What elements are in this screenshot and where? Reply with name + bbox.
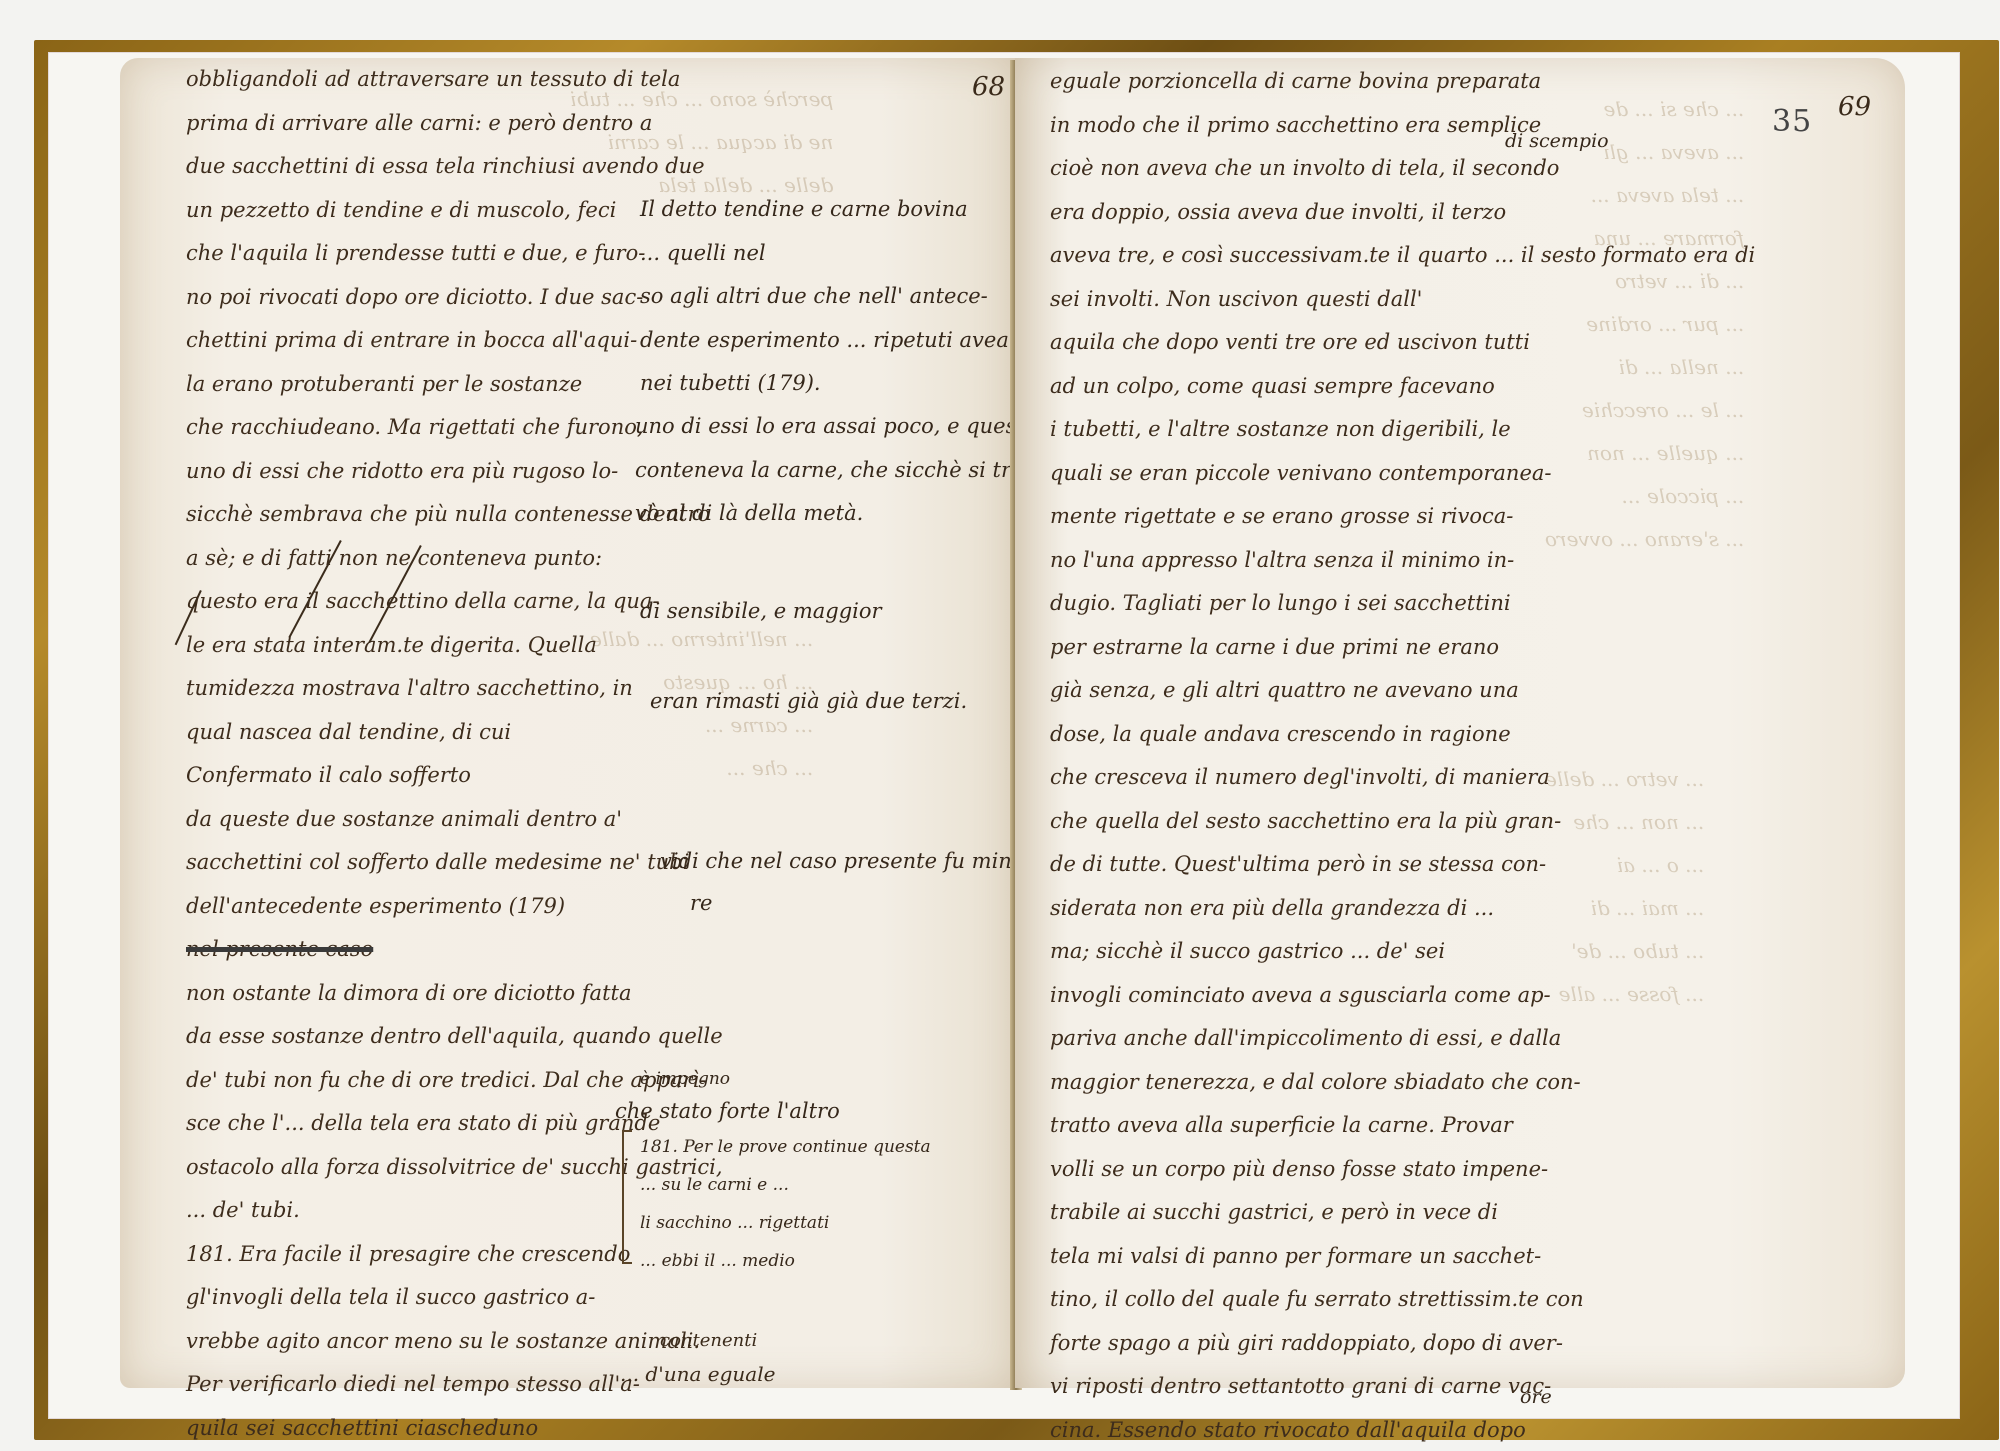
text-line: quali se eran piccole venivano contempor… — [1050, 452, 1755, 496]
text-line: siderata non era più della grandezza di … — [1050, 887, 1755, 931]
text-line: sei involti. Non uscivon questi dall' — [1050, 278, 1755, 322]
addition-line: nei tubetti (179). — [640, 362, 1009, 406]
text-line: aquila che dopo venti tre ore ed uscivon… — [1050, 321, 1755, 365]
text-line: maggior tenerezza, e dal colore sbiadato… — [1050, 1061, 1755, 1105]
text-line: mente rigettate e se erano grosse si riv… — [1050, 495, 1755, 539]
text-line: ad un colpo, come quasi sempre facevano — [1050, 365, 1755, 409]
text-line: tratto aveva alla superficie la carne. P… — [1050, 1104, 1755, 1148]
text-line: vi riposti dentro settantotto grani di c… — [1050, 1365, 1755, 1409]
addition-line: eran rimasti già già due terzi. — [650, 680, 967, 724]
note-line: ... su le carni e ... — [640, 1166, 931, 1204]
note-line: 181. Per le prove continue questa — [640, 1128, 931, 1166]
addition-line: di sensibile, e maggior — [640, 590, 882, 634]
text-line: invogli cominciato aveva a sgusciarla co… — [1050, 974, 1755, 1018]
text-line: ma; sicchè il succo gastrico ... de' sei — [1050, 930, 1755, 974]
bracketed-note: 181. Per le prove continue questa ... su… — [640, 1128, 931, 1280]
text-line: a sè; e di fatti non ne conteneva punto: — [186, 537, 723, 581]
text-line: che cresceva il numero degl'involti, di … — [1050, 756, 1755, 800]
text-line: quila sei sacchettini ciascheduno — [186, 1407, 723, 1451]
addition-line: che stato forte l'altro — [615, 1090, 840, 1134]
text-line: dell'antecedente esperimento (179) — [186, 885, 723, 929]
text-line: cina. Essendo stato rivocato dall'aquila… — [1050, 1409, 1755, 1451]
text-line: due sacchettini di essa tela rinchiusi a… — [186, 145, 723, 189]
left-additions-2: uno di essi lo era assai poco, e questo … — [635, 405, 1037, 536]
text-line: no l'una appresso l'altra senza il minim… — [1050, 539, 1755, 583]
text-line: dugio. Tagliati per lo lungo i sei sacch… — [1050, 582, 1755, 626]
addition-line: dente esperimento ... ripetuti avea — [640, 319, 1009, 363]
text-line: eguale porzioncella di carne bovina prep… — [1050, 60, 1755, 104]
note-line: ... ebbi il ... medio — [640, 1242, 931, 1280]
left-additions: Il detto tendine e carne bovina ... quel… — [640, 188, 1009, 406]
text-line: era doppio, ossia aveva due involti, il … — [1050, 191, 1755, 235]
text-line: Confermato il calo sofferto — [186, 754, 723, 798]
text-line: tino, il collo del quale fu serrato stre… — [1050, 1278, 1755, 1322]
note-line: li sacchino ... rigettati — [640, 1204, 931, 1242]
addition-line: ... quelli nel — [640, 232, 1009, 276]
folio-number-left: 68 — [972, 72, 1005, 102]
text-line: qual nascea dal tendine, di cui — [186, 711, 723, 755]
addition-line: Il detto tendine e carne bovina — [640, 188, 1009, 232]
text-line: sacchettini col sofferto dalle medesime … — [186, 841, 723, 885]
text-line: che quella del sesto sacchettino era la … — [1050, 800, 1755, 844]
text-line: tumidezza mostrava l'altro sacchettino, … — [186, 667, 723, 711]
text-line: obbligandoli ad attraversare un tessuto … — [186, 58, 723, 102]
text-line: vrebbe agito ancor meno su le sostanze a… — [186, 1320, 723, 1364]
bottom-note-line: contenenti — [660, 1330, 757, 1351]
addition-line: so agli altri due che nell' antece- — [640, 275, 1009, 319]
archive-stamp-number: 35 — [1772, 104, 1812, 139]
text-line: dose, la quale andava crescendo in ragio… — [1050, 713, 1755, 757]
addition-line: uno di essi lo era assai poco, e questo — [635, 405, 1037, 449]
text-line: tela mi valsi di panno per formare un sa… — [1050, 1235, 1755, 1279]
addition-line: conteneva la carne, che sicchè si tro- — [635, 449, 1037, 493]
text-line: da queste due sostanze animali dentro a' — [186, 798, 723, 842]
text-line: gl'invogli della tela il succo gastrico … — [186, 1276, 723, 1320]
text-line: pariva anche dall'impiccolimento di essi… — [1050, 1017, 1755, 1061]
struck-text-line: nel presente caso — [186, 928, 723, 972]
text-line: per estrarne la carne i due primi ne era… — [1050, 626, 1755, 670]
folio-number-right: 69 — [1838, 92, 1871, 122]
text-line: volli se un corpo più denso fosse stato … — [1050, 1148, 1755, 1192]
addition-line: re — [690, 882, 712, 926]
text-line: aveva tre, e così successivam.te il quar… — [1050, 234, 1755, 278]
text-line: già senza, e gli altri quattro ne avevan… — [1050, 669, 1755, 713]
text-line: forte spago a più giri raddoppiato, dopo… — [1050, 1322, 1755, 1366]
note-bracket — [622, 1130, 632, 1264]
text-line: da esse sostanze dentro dell'aquila, qua… — [186, 1015, 723, 1059]
margin-addition: ore — [1520, 1376, 1552, 1420]
margin-addition: di scempio — [1505, 120, 1609, 164]
text-line: de di tutte. Quest'ultima però in se ste… — [1050, 843, 1755, 887]
text-line: trabile ai succhi gastrici, e però in ve… — [1050, 1191, 1755, 1235]
text-line: in modo che il primo sacchettino era sem… — [1050, 104, 1755, 148]
right-main-text: eguale porzioncella di carne bovina prep… — [1050, 60, 1755, 1451]
addition-line: vò al di là della metà. — [635, 492, 1037, 536]
text-line: i tubetti, e l'altre sostanze non digeri… — [1050, 408, 1755, 452]
text-line: prima di arrivare alle carni: e però den… — [186, 102, 723, 146]
text-line: non ostante la dimora di ore diciotto fa… — [186, 972, 723, 1016]
text-line: cioè non aveva che un involto di tela, i… — [1050, 147, 1755, 191]
bottom-note-line: ... d'una eguale — [620, 1362, 775, 1386]
addition-line: vidi che nel caso presente fu mino- — [660, 840, 1032, 884]
